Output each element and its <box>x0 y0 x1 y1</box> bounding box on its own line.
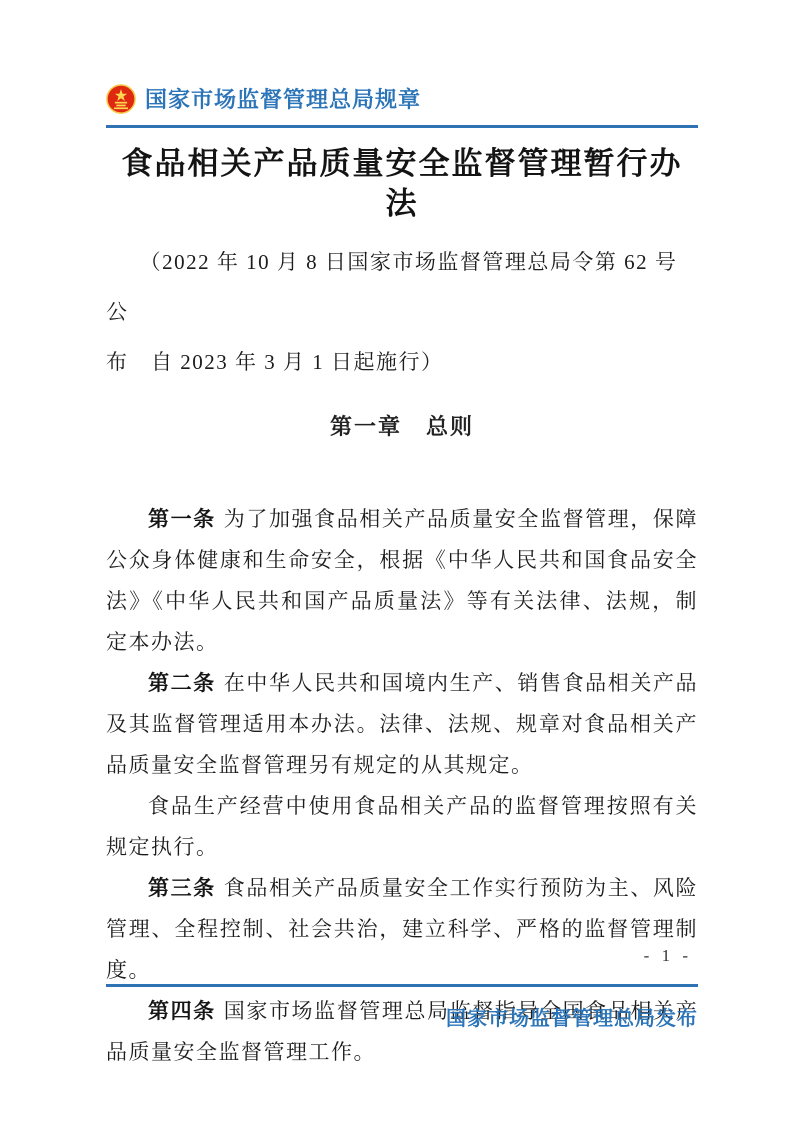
footer-divider <box>106 984 698 987</box>
chapter-heading: 第一章 总则 <box>106 411 698 443</box>
article-2-number: 第二条 <box>148 672 216 695</box>
publication-note-line2: 布 自 2023 年 3 月 1 日起施行） <box>106 350 444 374</box>
article-2-supplement-text: 食品生产经营中使用食品相关产品的监督管理按照有关规定执行。 <box>106 794 698 859</box>
page-number: - 1 - <box>644 946 692 966</box>
article-2-supplement: 食品生产经营中使用食品相关产品的监督管理按照有关规定执行。 <box>106 786 698 868</box>
article-3: 第三条食品相关产品质量安全工作实行预防为主、风险管理、全程控制、社会共治，建立科… <box>106 868 698 991</box>
header-divider <box>106 125 698 128</box>
article-3-number: 第三条 <box>148 877 216 900</box>
national-emblem-icon <box>106 84 136 114</box>
article-1: 第一条为了加强食品相关产品质量安全监督管理，保障公众身体健康和生命安全，根据《中… <box>106 499 698 663</box>
article-2: 第二条在中华人民共和国境内生产、销售食品相关产品及其监督管理适用本办法。法律、法… <box>106 663 698 786</box>
doc-header: 国家市场监督管理总局规章 <box>106 0 698 114</box>
article-4-number: 第四条 <box>148 1000 216 1023</box>
document-page: 国家市场监督管理总局规章 食品相关产品质量安全监督管理暂行办法 （2022 年 … <box>0 0 793 1122</box>
doc-title: 食品相关产品质量安全监督管理暂行办法 <box>106 144 698 224</box>
header-label: 国家市场监督管理总局规章 <box>145 83 421 114</box>
publication-note: （2022 年 10 月 8 日国家市场监督管理总局令第 62 号公布 自 20… <box>106 237 698 387</box>
article-1-number: 第一条 <box>148 508 216 531</box>
page-content: 国家市场监督管理总局规章 食品相关产品质量安全监督管理暂行办法 （2022 年 … <box>0 0 793 1073</box>
publisher-label: 国家市场监督管理总局发布 <box>446 1002 698 1031</box>
publication-note-line1: （2022 年 10 月 8 日国家市场监督管理总局令第 62 号公 <box>106 250 677 324</box>
